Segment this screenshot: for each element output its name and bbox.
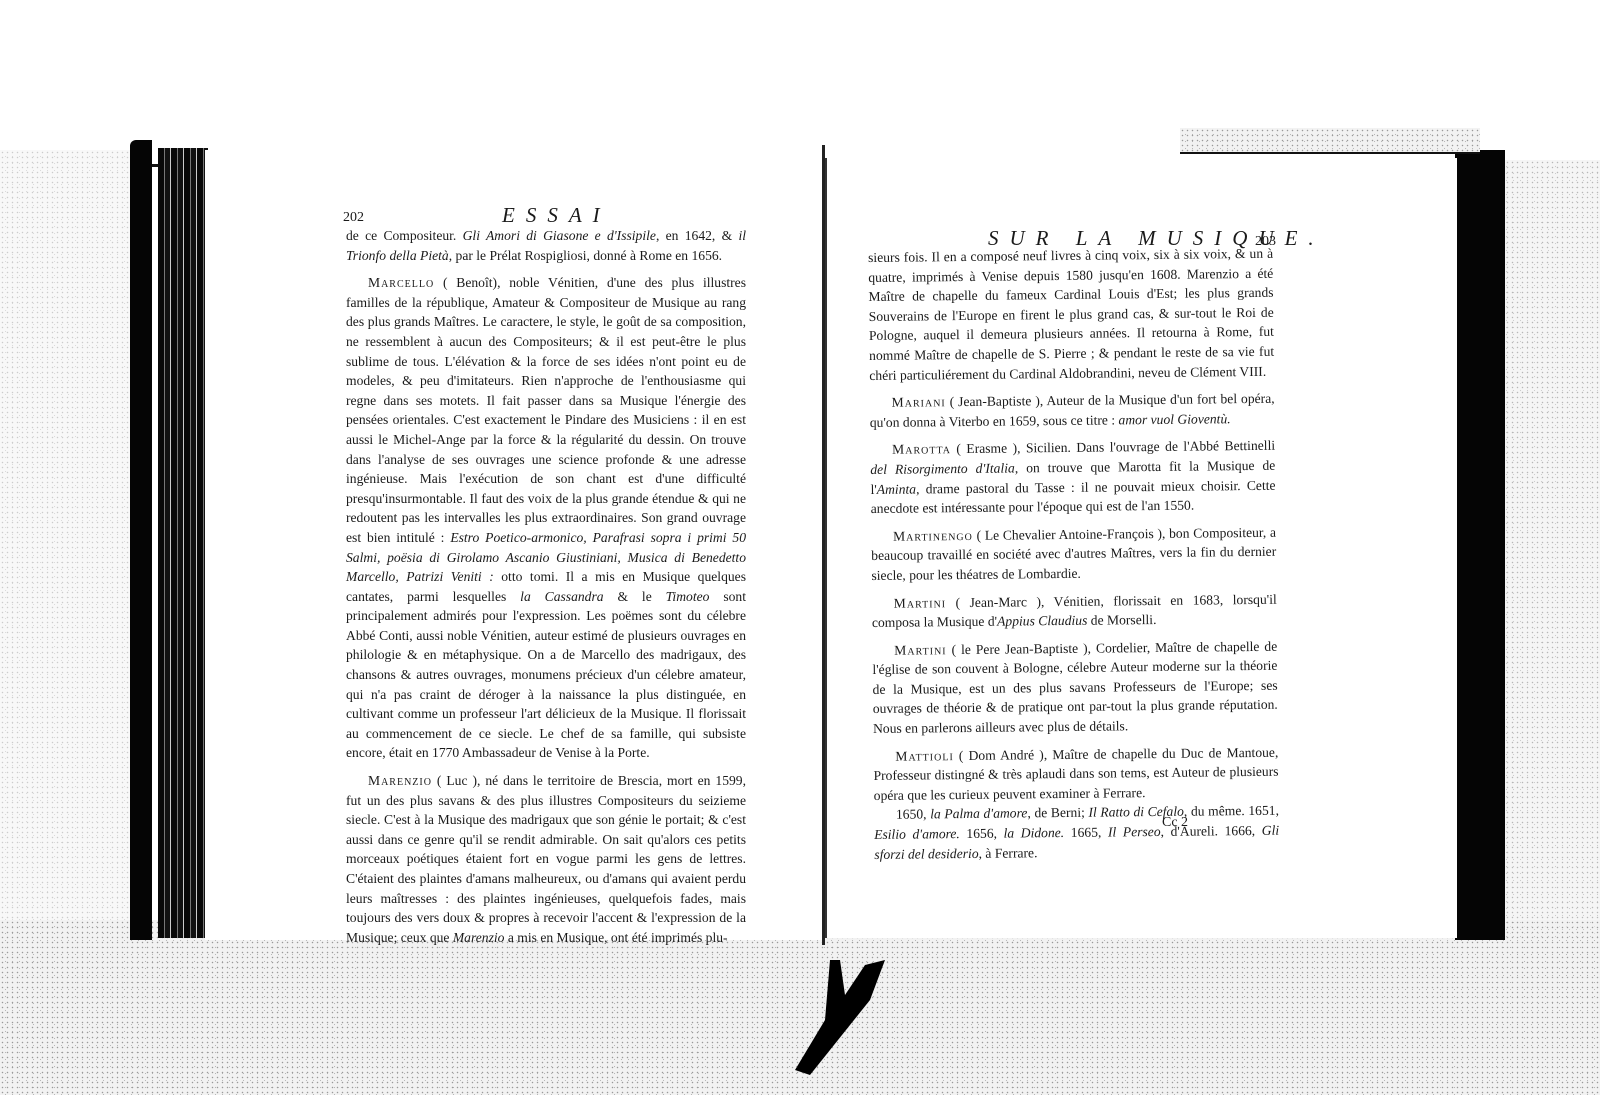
entry-martini-jean-baptiste: Martini ( le Pere Jean-Baptiste ), Corde… (872, 636, 1278, 738)
italic-title: Il Perseo (1108, 824, 1161, 840)
bookmark-ribbon-icon (790, 960, 900, 1080)
entry-marotta: Marotta ( Erasme ), Sicilien. Dans l'ouv… (870, 436, 1276, 519)
italic-title: Gli Amori di Giasone e d'Issipile (463, 228, 656, 243)
entry-mattioli: Mattioli ( Dom André ), Maître de chapel… (873, 742, 1279, 805)
entry-name: Mattioli (895, 748, 954, 764)
book-cover-right (1455, 150, 1505, 940)
left-running-title: ESSAI (502, 203, 611, 228)
italic-title: la Cassandra (520, 589, 603, 604)
entry-name: Marcello (368, 275, 434, 290)
entry-marcello: Marcello ( Benoît), noble Vénitien, d'un… (346, 273, 746, 763)
text-run: de Morselli. (1087, 612, 1156, 628)
book-page-edges-left (158, 148, 208, 938)
left-page-number: 202 (343, 210, 364, 226)
text-run: de ce Compositeur. (346, 228, 463, 243)
text-run: ( Benoît), noble Vénitien, d'une des plu… (346, 275, 746, 545)
text-run: ( Luc ), né dans le territoire de Bresci… (346, 773, 746, 945)
text-run: a mis en Musique, ont été imprimés plu- (504, 930, 727, 945)
italic-title: la Palma d'amore (930, 806, 1027, 822)
text-run: 1665, (1064, 825, 1108, 840)
book-top-board-right (1180, 128, 1480, 154)
italic-title: Esilio d'amore. (874, 826, 960, 842)
text-run: & le (604, 589, 666, 604)
signature-mark: Cc 2 (1162, 815, 1188, 831)
italic-title: Timoteo (666, 589, 710, 604)
italic-title: Marenzio (453, 930, 505, 945)
entry-name: Martini (894, 595, 947, 611)
text-run: , du même. 1651, (1184, 803, 1279, 819)
entry-name: Marotta (892, 441, 951, 457)
text-run: sont principalement admirés pour l'expre… (346, 589, 746, 761)
entry-name: Martini (894, 642, 947, 658)
entry-name: Marenzio (368, 773, 432, 788)
entry-martinengo: Martinengo ( Le Chevalier Antoine-Franço… (871, 522, 1277, 585)
text-run: , à Ferrare. (978, 845, 1037, 861)
text-run: 1650, (896, 807, 930, 822)
italic-title: Aminta (877, 481, 916, 496)
entry-martini-jean-marc: Martini ( Jean-Marc ), Vénitien, floriss… (872, 589, 1277, 632)
right-page-text: sieurs fois. Il en a composé neuf livres… (868, 244, 1280, 872)
entry-name: Mariani (892, 394, 946, 410)
text-run: , par le Prélat Rospigliosi, donné à Rom… (449, 248, 722, 263)
scan-background-speckle-left (0, 150, 130, 930)
italic-title: Appius Claudius (997, 613, 1087, 629)
text-run: 1656, (960, 826, 1004, 841)
paragraph-continuation: de ce Compositeur. Gli Amori di Giasone … (346, 226, 746, 265)
book-cover-left (130, 140, 152, 940)
entry-mattioli-works: 1650, la Palma d'amore, de Berni; Il Rat… (874, 801, 1280, 864)
entry-name: Martinengo (893, 528, 973, 544)
text-run: , drame pastoral du Tasse : il ne pouvai… (871, 477, 1276, 516)
paragraph-continuation: sieurs fois. Il en a composé neuf livres… (868, 244, 1274, 385)
italic-title: del Risorgimento d'Italia (870, 460, 1015, 477)
text-run: sieurs fois. Il en a composé neuf livres… (868, 246, 1274, 383)
book-gutter (822, 145, 825, 945)
italic-title: amor vuol Gioventù. (1118, 411, 1230, 427)
italic-title: la Didone. (1003, 825, 1064, 841)
text-run: ( Erasme ), Sicilien. Dans l'ouvrage de … (951, 438, 1275, 456)
entry-marenzio: Marenzio ( Luc ), né dans le territoire … (346, 771, 746, 947)
text-run: , en 1642, & (656, 228, 738, 243)
left-page-text: de ce Compositeur. Gli Amori di Giasone … (346, 226, 746, 955)
text-run: , de Berni; (1027, 805, 1088, 821)
entry-mariani: Mariani ( Jean-Baptiste ), Auteur de la … (870, 389, 1275, 432)
